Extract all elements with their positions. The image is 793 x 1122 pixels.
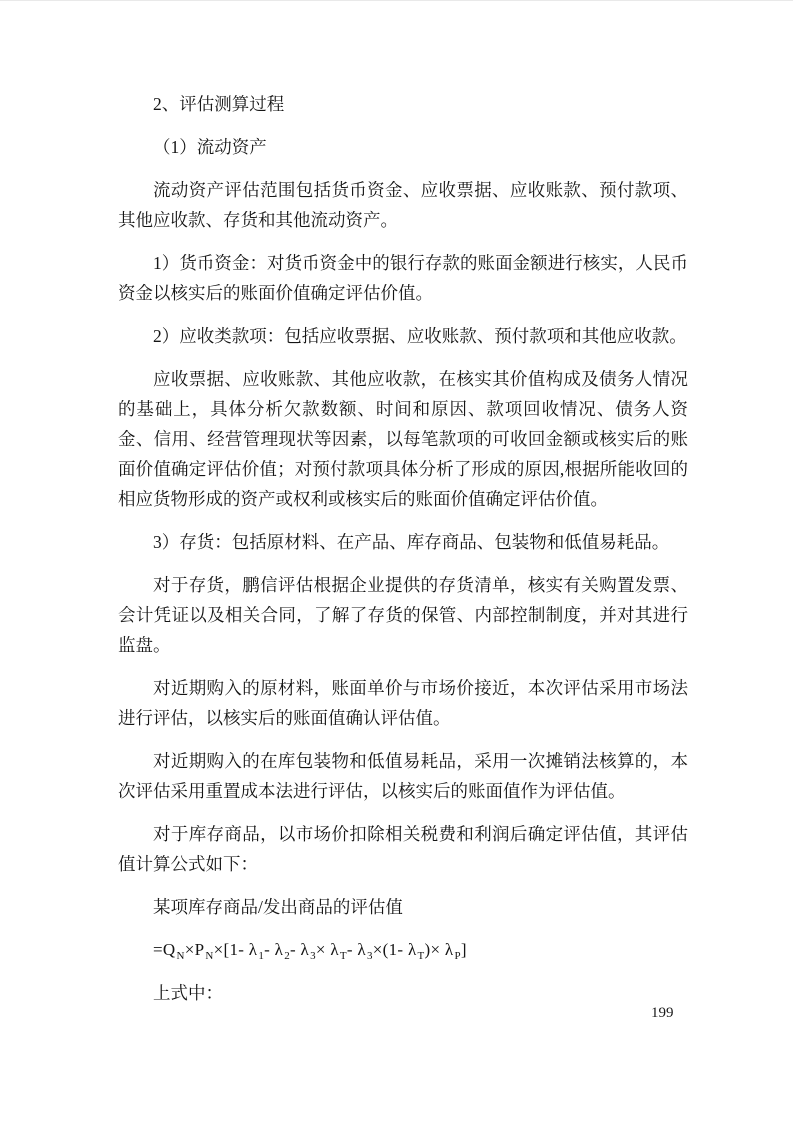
para-inventory: 3）存货：包括原材料、在产品、库存商品、包装物和低值易耗品。	[118, 527, 688, 557]
formula-subscript: N	[176, 950, 184, 962]
formula-term-main: - λ	[290, 940, 309, 959]
heading-evaluation-process: 2、评估测算过程	[118, 89, 688, 119]
para-current-assets-scope: 流动资产评估范围包括货币资金、应收票据、应收账款、预付款项、其他应收款、存货和其…	[118, 175, 688, 235]
formula-term: ]	[461, 940, 468, 959]
formula-term: ×PN	[185, 940, 214, 959]
formula-term-main: )× λ	[425, 940, 454, 959]
formula-term: =QN	[153, 940, 185, 959]
formula-term-main: ]	[461, 940, 467, 959]
formula-subscript: T	[340, 950, 347, 962]
formula-term: × λT	[316, 940, 347, 959]
formula-term-main: ×[1- λ	[214, 940, 258, 959]
para-finished-goods-method: 对于库存商品，以市场价扣除相关税费和利润后确定评估值，其评估值计算公式如下：	[118, 819, 688, 879]
para-raw-materials: 对近期购入的原材料，账面单价与市场价接近，本次评估采用市场法进行评估，以核实后的…	[118, 673, 688, 733]
formula-term: - λ3	[290, 940, 316, 959]
para-receivables: 2）应收类款项：包括应收票据、应收账款、预付款项和其他应收款。	[118, 321, 688, 351]
document-page: 2、评估测算过程 （1）流动资产 流动资产评估范围包括货币资金、应收票据、应收账…	[0, 0, 793, 1122]
formula-term-main: - λ	[264, 940, 283, 959]
formula-term: ×[1- λ1	[214, 940, 265, 959]
para-formula-title: 某项库存商品/发出商品的评估值	[118, 892, 688, 922]
formula-term-main: × λ	[316, 940, 339, 959]
formula-term-main: - λ	[347, 940, 366, 959]
formula-term: )× λP	[425, 940, 461, 959]
document-content: 2、评估测算过程 （1）流动资产 流动资产评估范围包括货币资金、应收票据、应收账…	[118, 89, 688, 1021]
para-formula-note: 上式中：	[118, 978, 688, 1008]
formula-term: - λ3	[347, 940, 373, 959]
valuation-formula: =QN×PN×[1- λ1- λ2- λ3× λT- λ3×(1- λT)× λ…	[118, 935, 688, 965]
formula-term-main: ×(1- λ	[373, 940, 417, 959]
para-receivables-analysis: 应收票据、应收账款、其他应收款，在核实其价值构成及债务人情况的基础上，具体分析欠…	[118, 364, 688, 514]
para-packaging-consumables: 对近期购入的在库包装物和低值易耗品，采用一次摊销法核算的，本次评估采用重置成本法…	[118, 746, 688, 806]
heading-current-assets: （1）流动资产	[118, 132, 688, 162]
para-inventory-verification: 对于存货，鹏信评估根据企业提供的存货清单，核实有关购置发票、会计凭证以及相关合同…	[118, 570, 688, 660]
formula-term-main: ×P	[185, 940, 205, 959]
formula-term: - λ2	[264, 940, 290, 959]
formula-term-main: =Q	[153, 940, 175, 959]
formula-subscript: N	[205, 950, 213, 962]
formula-term: ×(1- λT	[373, 940, 425, 959]
formula-subscript: T	[417, 950, 424, 962]
para-monetary-funds: 1）货币资金：对货币资金中的银行存款的账面金额进行核实，人民币资金以核实后的账面…	[118, 248, 688, 308]
page-number: 199	[651, 1003, 674, 1023]
